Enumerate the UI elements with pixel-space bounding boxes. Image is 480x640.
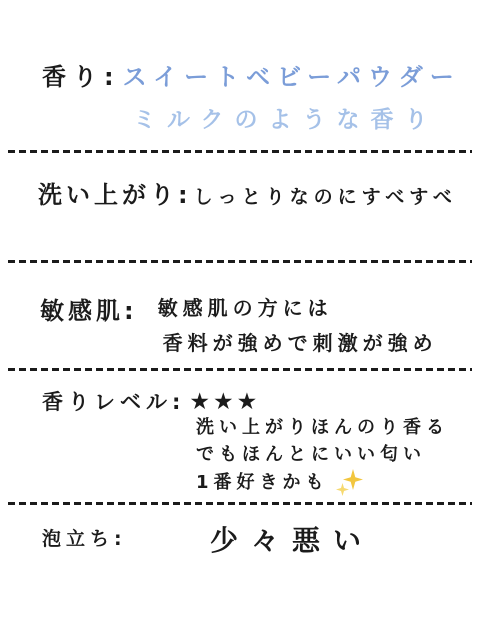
sensitive-skin-line2: 香料が強めで刺激が強め xyxy=(158,326,438,361)
scent-level-note3-row: 1番好きかも xyxy=(196,468,449,496)
dashed-divider xyxy=(8,150,472,153)
scent-subvalue: ミルクのような香り xyxy=(133,101,439,134)
sensitive-skin-label: 敏感肌: xyxy=(40,291,138,326)
lather-label: 泡立ち: xyxy=(42,524,127,551)
after-wash-value: しっとりなのにすべすべ xyxy=(194,182,457,209)
dashed-divider xyxy=(8,502,472,505)
scent-level-stars: ★★★ xyxy=(189,389,260,415)
sensitive-skin-text: 敏感肌の方には 香料が強めで刺激が強め xyxy=(158,291,438,361)
scent-level-label: 香りレベル: xyxy=(42,386,185,416)
scent-value: スイートベビーパウダー xyxy=(123,57,461,92)
after-wash-label: 洗い上がり: xyxy=(38,175,192,210)
section-lather: 泡立ち: xyxy=(42,524,127,551)
scent-level-note2: でもほんとにいい匂い xyxy=(196,441,449,468)
dashed-divider xyxy=(8,260,472,263)
section-scent-level: 香りレベル: ★★★ xyxy=(42,386,260,416)
review-card: 香り: スイートベビーパウダー ミルクのような香り 洗い上がり: しっとりなのに… xyxy=(0,0,480,640)
scent-level-notes: 洗い上がりほんのり香る でもほんとにいい匂い 1番好きかも xyxy=(196,414,449,496)
scent-level-note1: 洗い上がりほんのり香る xyxy=(196,414,449,441)
scent-label: 香り: xyxy=(42,57,121,92)
sparkles-icon xyxy=(335,468,363,496)
scent-level-note3: 1番好きかも xyxy=(196,469,329,496)
section-scent: 香り: スイートベビーパウダー xyxy=(42,57,461,92)
sensitive-skin-line1: 敏感肌の方には xyxy=(158,291,438,326)
section-sensitive-skin: 敏感肌: 敏感肌の方には 香料が強めで刺激が強め xyxy=(40,291,438,361)
dashed-divider xyxy=(8,368,472,371)
section-after-wash: 洗い上がり: しっとりなのにすべすべ xyxy=(38,175,457,210)
lather-value: 少々悪い xyxy=(210,519,374,559)
